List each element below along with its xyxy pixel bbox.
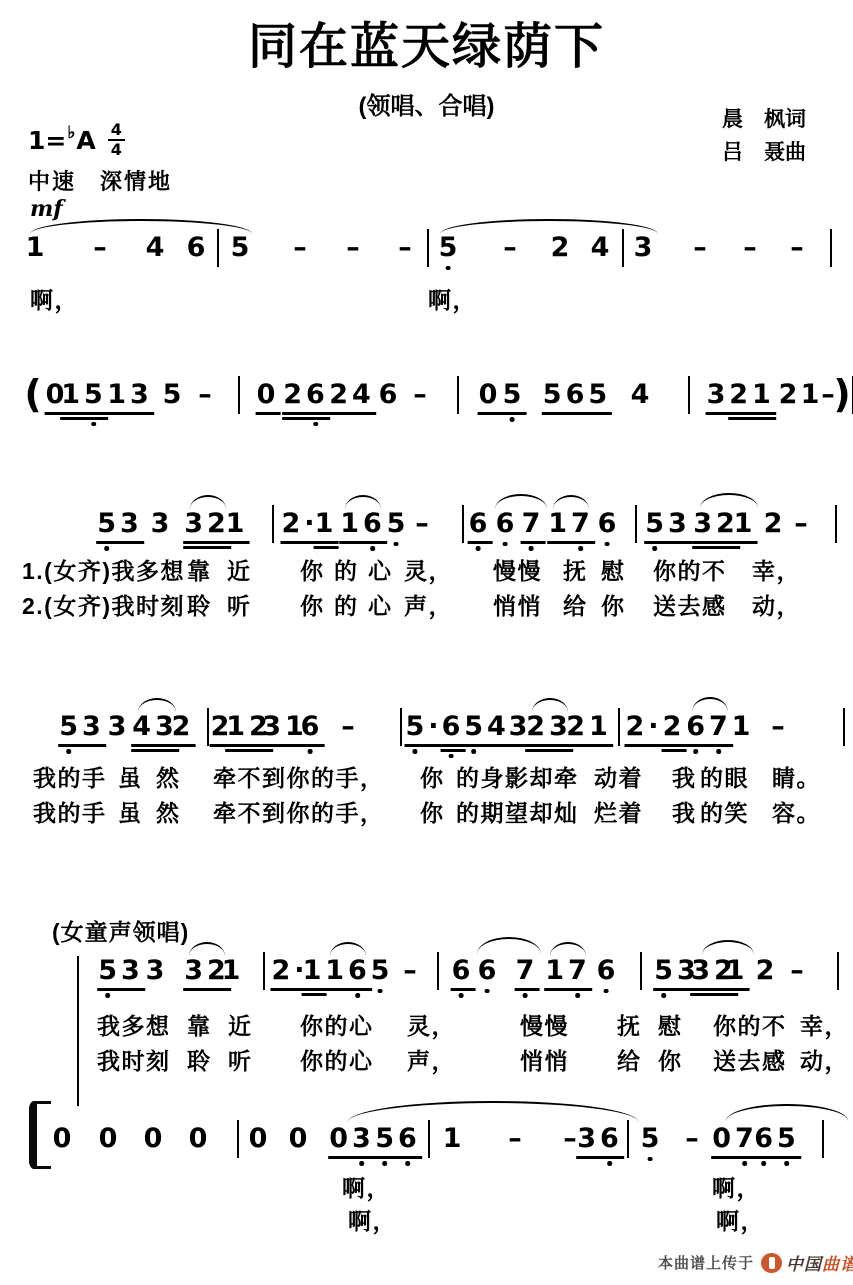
note-token: 32 — [184, 509, 230, 539]
note-token: 6 — [469, 509, 492, 539]
note-digit: – — [293, 233, 307, 263]
note-token: 2· — [281, 509, 318, 539]
close-paren: ) — [833, 374, 850, 414]
barline — [830, 229, 832, 267]
note-digit: 1 — [726, 956, 745, 986]
note-token: 1 — [26, 233, 45, 263]
lyric-segment: 啊， — [348, 1203, 397, 1236]
slur-arc — [702, 940, 754, 955]
lyric-segment: 我时刻 — [97, 1043, 171, 1076]
barline — [835, 505, 837, 543]
note-digit: – — [398, 233, 412, 263]
dynamic-marking: mf — [30, 196, 63, 222]
note-token: 2 — [172, 712, 195, 742]
note-digit: 1 — [226, 509, 245, 539]
note-digit: 0 — [479, 380, 498, 410]
slur-arc — [189, 942, 225, 956]
underline-beam — [106, 412, 154, 415]
low-octave-dot — [605, 542, 610, 547]
note-digit: 6 — [452, 956, 471, 986]
underline-beam — [441, 749, 466, 752]
low-octave-dot — [405, 1161, 410, 1166]
barline — [618, 708, 620, 746]
lyric-segment: 动， — [800, 1043, 849, 1076]
lyric-segment: 我 — [672, 760, 697, 793]
watermark: 本曲谱上传于 中国 曲谱网 — [658, 1250, 853, 1275]
lyric-segment: 我的手 — [33, 795, 107, 828]
underline-beam — [58, 744, 106, 747]
lyric-segment: 牵不到你的手， — [213, 760, 385, 793]
slur-arc — [553, 495, 589, 509]
note-digit: 3 — [108, 712, 127, 742]
open-paren: ( — [24, 374, 41, 414]
lyricist-credit: 晨 枫词 — [722, 103, 806, 136]
lyric-segment: 你 — [420, 795, 445, 828]
note-digit: 0 — [329, 1124, 348, 1154]
note-digit: 2 — [756, 956, 775, 986]
note-digit: 7 — [709, 712, 728, 742]
note-digit: 1 — [340, 509, 359, 539]
lyric-segment: 容。 — [772, 795, 821, 828]
note-digit: 3 — [130, 380, 149, 410]
slur-arc — [440, 219, 658, 234]
underline-beam — [225, 749, 273, 752]
note-token: 6 — [598, 509, 617, 539]
note-digit: 5 — [387, 509, 406, 539]
underline-beam — [328, 412, 376, 415]
note-digit: 5 — [97, 509, 116, 539]
underline-beam — [451, 988, 476, 991]
note-digit: 6 — [597, 956, 616, 986]
note-digit: 7 — [522, 509, 541, 539]
lyric-segment: 啊， — [712, 1170, 761, 1203]
low-octave-dot — [383, 1161, 388, 1166]
barline — [627, 1120, 629, 1158]
note-digit: – — [93, 233, 107, 263]
underline-beam — [733, 541, 758, 544]
lyric-segment: 悄悄 — [520, 1043, 569, 1076]
note-digit: 6 — [442, 712, 461, 742]
note-digit: 0 — [144, 1124, 163, 1154]
note-token: 0 — [249, 1124, 268, 1154]
lyric-segment: 你的心 — [300, 1043, 374, 1076]
note-digit: 6 — [566, 380, 585, 410]
lyric-segment: 你 — [601, 588, 626, 621]
lyric-segment: 啊， — [342, 1170, 391, 1203]
note-token: 13 — [107, 380, 153, 410]
note-token: 5 — [503, 380, 526, 410]
note-digit: 2 — [283, 380, 302, 410]
note-digit: 5 — [543, 380, 562, 410]
slur-arc — [550, 942, 586, 956]
lyric-segment: 灵， — [404, 553, 453, 586]
section-label: (女童声领唱) — [52, 914, 189, 947]
lyric-segment: 睛。 — [772, 760, 821, 793]
lyric-segment: 烂着 — [594, 795, 643, 828]
underline-beam — [300, 744, 325, 747]
note-digit: 6 — [398, 1124, 417, 1154]
slur-arc — [532, 698, 568, 712]
note-token: 2 — [663, 712, 686, 742]
note-digit: 6 — [187, 233, 206, 263]
lyric-segment: 你 — [420, 760, 445, 793]
note-token: 36 — [577, 1124, 623, 1154]
lyric-segment: 近 — [228, 1008, 253, 1041]
low-octave-dot — [91, 422, 96, 427]
note-token: 1 — [726, 956, 749, 986]
underline-beam — [404, 744, 443, 747]
underline-beam — [502, 412, 527, 415]
dash-token: – — [403, 956, 417, 986]
note-digit: 3 — [549, 712, 568, 742]
underline-beam — [692, 546, 740, 549]
note-digit: – — [771, 712, 785, 742]
note-digit: · — [428, 712, 438, 742]
underline-beam — [374, 1156, 422, 1159]
lyric-segment: 声， — [404, 588, 453, 621]
underline-beam — [690, 993, 738, 996]
lyric-segment: 的笑 — [700, 795, 749, 828]
lyric-segment: 虽 — [118, 795, 143, 828]
underline-beam — [324, 988, 372, 991]
note-digit: 3 — [121, 956, 140, 986]
choir-brace — [29, 1101, 51, 1169]
note-digit: 2 — [551, 233, 570, 263]
slur-arc — [692, 697, 728, 712]
underline-beam — [131, 749, 179, 752]
note-digit: 0 — [712, 1124, 731, 1154]
underline-beam — [468, 541, 493, 544]
underline-beam — [302, 988, 327, 991]
dash-token: – — [693, 233, 707, 263]
note-digit: 1 — [443, 1124, 462, 1154]
note-token: 5· — [405, 712, 442, 742]
low-octave-dot — [762, 1161, 767, 1166]
flat-sign: ♭ — [67, 123, 75, 143]
slur-arc — [330, 942, 366, 956]
note-digit: 1 — [107, 380, 126, 410]
watermark-text: 本曲谱上传于 — [658, 1252, 754, 1273]
note-digit: 1 — [734, 509, 753, 539]
key-letter: A — [76, 126, 95, 155]
note-digit: 6 — [600, 1124, 619, 1154]
slur-arc — [726, 1104, 848, 1121]
note-digit: 4 — [132, 712, 151, 742]
note-digit: – — [794, 509, 808, 539]
underline-beam — [183, 546, 231, 549]
note-digit: 5 — [405, 712, 424, 742]
low-octave-dot — [662, 993, 667, 998]
low-octave-dot — [394, 542, 399, 547]
barline — [457, 376, 459, 414]
note-token: 1 — [303, 956, 326, 986]
note-digit: 5 — [645, 509, 664, 539]
note-digit: 6 — [348, 956, 367, 986]
note-digit: 1 — [732, 712, 751, 742]
note-digit: 5 — [371, 956, 390, 986]
note-digit: 3 — [120, 509, 139, 539]
dash-token: – — [794, 509, 808, 539]
note-digit: 2 — [329, 380, 348, 410]
lyric-segment: 我多想 — [97, 1008, 171, 1041]
note-digit: 4 — [487, 712, 506, 742]
note-digit: 2 — [172, 712, 191, 742]
barline — [400, 708, 402, 746]
note-digit: 2 — [271, 956, 290, 986]
note-token: 1 — [226, 509, 249, 539]
underline-beam — [339, 541, 387, 544]
barline — [427, 229, 429, 267]
note-digit: 7 — [735, 1124, 754, 1154]
lyric-segment: 的 — [334, 588, 359, 621]
low-octave-dot — [716, 749, 721, 754]
note-digit: 1 — [26, 233, 45, 263]
time-signature: 4 4 — [108, 122, 125, 158]
lyric-segment: 靠 — [187, 553, 212, 586]
note-digit: – — [790, 233, 804, 263]
key-tonic-prefix: 1= — [28, 126, 66, 155]
note-digit: 2 — [566, 712, 585, 742]
note-token: 21 — [729, 380, 775, 410]
system-connector-line — [77, 956, 79, 1106]
note-digit: 6 — [496, 509, 515, 539]
note-token: 2· — [625, 712, 662, 742]
note-digit: – — [743, 233, 757, 263]
lyric-segment: 虽 — [118, 760, 143, 793]
underline-beam — [97, 988, 145, 991]
underline-beam — [728, 412, 776, 415]
underline-beam — [328, 1156, 376, 1159]
barline — [272, 505, 274, 543]
underline-beam — [183, 988, 231, 991]
lyric-segment: 你 — [300, 553, 325, 586]
dash-token: – — [198, 380, 212, 410]
note-token: 0 — [99, 1124, 118, 1154]
note-digit: 1 — [226, 712, 245, 742]
low-octave-dot — [459, 993, 464, 998]
dash-token: – — [563, 1124, 577, 1154]
low-octave-dot — [485, 989, 490, 994]
barline — [635, 505, 637, 543]
low-octave-dot — [105, 546, 110, 551]
note-token: 53 — [645, 509, 691, 539]
note-token: 5 — [231, 233, 250, 263]
barline — [437, 952, 439, 990]
note-token: 2 — [779, 380, 798, 410]
meter-denominator: 4 — [111, 141, 122, 158]
underline-beam — [314, 546, 339, 549]
note-digit: 2 — [716, 509, 735, 539]
note-digit: 2 — [207, 509, 226, 539]
low-octave-dot — [575, 993, 580, 998]
lyric-segment: 心 — [368, 553, 393, 586]
barline — [640, 952, 642, 990]
underline-beam — [302, 993, 327, 996]
underline-beam — [60, 412, 108, 415]
lyric-segment: 聆 — [187, 588, 212, 621]
note-token: 4 — [146, 233, 165, 263]
low-octave-dot — [648, 1157, 653, 1162]
dash-token: – — [346, 233, 360, 263]
lyric-segment: 你的不 — [653, 553, 727, 586]
note-digit: – — [790, 956, 804, 986]
note-digit: 4 — [591, 233, 610, 263]
note-digit: 1 — [548, 509, 567, 539]
lyric-segment: 悄悄 — [493, 588, 542, 621]
note-digit: – — [563, 1124, 577, 1154]
note-token: 3 — [707, 380, 730, 410]
note-digit: · — [304, 509, 314, 539]
dash-token: – — [415, 509, 429, 539]
note-digit: 3 — [146, 956, 165, 986]
note-token: 0 — [144, 1124, 163, 1154]
lyric-segment: 你的不 — [713, 1008, 787, 1041]
dash-token: – — [508, 1124, 522, 1154]
note-digit: 5 — [464, 712, 483, 742]
underline-beam — [521, 541, 546, 544]
note-token: 16 — [340, 509, 386, 539]
barline — [237, 1120, 239, 1158]
composer-credit: 吕 聂曲 — [722, 136, 806, 169]
note-token: 1 — [801, 380, 820, 410]
note-digit: 2 — [729, 380, 748, 410]
note-token: 53 — [59, 712, 105, 742]
note-token: 5 — [387, 509, 406, 539]
note-token: 2 — [551, 233, 570, 263]
slur-arc — [30, 219, 252, 234]
low-octave-dot — [476, 546, 481, 551]
slur-arc — [700, 493, 758, 508]
slur-arc — [495, 494, 547, 509]
note-digit: 3 — [151, 509, 170, 539]
underline-beam — [542, 412, 612, 415]
note-token: 4 — [631, 380, 650, 410]
dash-token: – — [341, 712, 355, 742]
note-digit: 3 — [691, 956, 710, 986]
note-digit: 5 — [654, 956, 673, 986]
slur-arc — [190, 495, 226, 509]
lyric-segment: 动着 — [594, 760, 643, 793]
note-digit: 6 — [478, 956, 497, 986]
lyric-segment: 2.(女齐)我时刻 — [22, 588, 185, 621]
note-token: 6 — [301, 712, 324, 742]
lyric-segment: 慰 — [601, 553, 626, 586]
lyric-segment: 的 — [334, 553, 359, 586]
lyric-segment: 送去感 — [713, 1043, 787, 1076]
note-digit: 1 — [303, 956, 322, 986]
note-digit: 5 — [503, 380, 522, 410]
underline-beam — [644, 541, 692, 544]
lyric-segment: 给 — [617, 1043, 642, 1076]
dash-token: – — [685, 1124, 699, 1154]
barline — [843, 708, 845, 746]
tempo-marking: 中速 深情地 — [28, 165, 172, 196]
note-digit: 1 — [222, 956, 241, 986]
lyric-segment: 声， — [407, 1043, 456, 1076]
note-digit: 4 — [631, 380, 650, 410]
site-logo-icon — [761, 1253, 782, 1273]
note-digit: 0 — [257, 380, 276, 410]
brand-name-dark: 中国 — [786, 1250, 822, 1275]
lyric-segment: 灵， — [407, 1008, 456, 1041]
note-digit: 3 — [509, 712, 528, 742]
dash-token: – — [413, 380, 427, 410]
note-digit: 6 — [686, 712, 705, 742]
lyric-segment: 你的心 — [300, 1008, 374, 1041]
note-digit: – — [503, 233, 517, 263]
note-digit: – — [508, 1124, 522, 1154]
underline-beam — [544, 988, 592, 991]
underline-beam — [711, 1156, 759, 1159]
lyric-segment: 啊， — [716, 1203, 765, 1236]
note-token: 0 — [289, 1124, 308, 1154]
dash-token: – — [771, 712, 785, 742]
underline-beam — [282, 417, 330, 420]
low-octave-dot — [446, 266, 451, 271]
lyric-segment: 听 — [227, 588, 252, 621]
note-digit: – — [341, 712, 355, 742]
note-token: 17 — [548, 509, 594, 539]
note-digit: 5 — [98, 956, 117, 986]
lyric-segment: 聆 — [187, 1043, 212, 1076]
low-octave-dot — [378, 989, 383, 994]
barline — [688, 376, 690, 414]
note-digit: 1 — [752, 380, 771, 410]
note-token: 17 — [545, 956, 591, 986]
lyric-segment: 我 — [672, 795, 697, 828]
note-token: 6 — [597, 956, 616, 986]
note-digit: 6 — [469, 509, 488, 539]
slur-arc — [348, 1101, 638, 1122]
dash-token: – — [93, 233, 107, 263]
note-token: 5 — [371, 956, 390, 986]
low-octave-dot — [67, 749, 72, 754]
note-digit: – — [403, 956, 417, 986]
note-digit: – — [685, 1124, 699, 1154]
low-octave-dot — [359, 1161, 364, 1166]
underline-beam — [96, 541, 144, 544]
lyric-segment: 送去感 — [653, 588, 727, 621]
note-token: 2 — [764, 509, 783, 539]
note-token: 15 — [61, 380, 107, 410]
lyric-segment: 我的手 — [33, 760, 107, 793]
low-octave-dot — [578, 546, 583, 551]
low-octave-dot — [355, 993, 360, 998]
note-digit: 3 — [352, 1124, 371, 1154]
note-digit: 1 — [801, 380, 820, 410]
note-digit: 6 — [301, 712, 320, 742]
note-token: 53 — [98, 956, 144, 986]
note-digit: 1 — [61, 380, 80, 410]
low-octave-dot — [742, 1161, 747, 1166]
note-digit: 6 — [363, 509, 382, 539]
barline — [837, 952, 839, 990]
underline-beam — [478, 412, 503, 415]
note-digit: 2 — [281, 509, 300, 539]
note-digit: · — [648, 712, 658, 742]
note-digit: 0 — [189, 1124, 208, 1154]
note-digit: 0 — [249, 1124, 268, 1154]
lyric-segment: 幸， — [752, 553, 801, 586]
underline-beam — [547, 541, 595, 544]
lyric-segment: 抚 — [563, 553, 588, 586]
note-token: 1 — [732, 712, 751, 742]
note-token: 23 — [526, 712, 572, 742]
note-digit: 2 — [625, 712, 644, 742]
note-token: 1 — [222, 956, 241, 986]
note-digit: – — [413, 380, 427, 410]
lyric-segment: 慰 — [658, 1008, 683, 1041]
